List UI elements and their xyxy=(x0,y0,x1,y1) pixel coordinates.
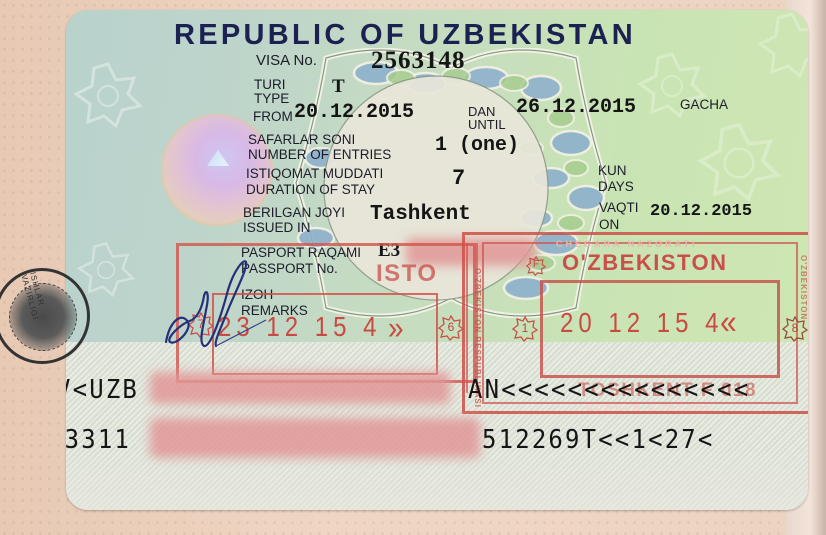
duration-of-stay: 7 xyxy=(452,166,465,191)
valid-until-date: 26.12.2015 xyxy=(516,96,636,119)
visa-type: T xyxy=(332,76,345,98)
gacha-label: GACHA xyxy=(680,98,728,112)
entries-label-en: NUMBER OF ENTRIES xyxy=(248,148,391,162)
exit-arrow-icon: » xyxy=(388,310,400,347)
entry-stamp-left-number: 1 xyxy=(512,321,538,335)
redacted-mrz-line-2 xyxy=(150,418,480,458)
exit-stamp-right-badge: 6 xyxy=(438,315,464,341)
emboss-star-icon xyxy=(76,240,136,300)
mrz-line-1-start: V<UZB xyxy=(66,375,139,405)
issued-in-place: Tashkent xyxy=(370,203,471,226)
emboss-star-icon xyxy=(696,120,782,206)
visa-number: 2563148 xyxy=(371,47,466,75)
entry-stamp-right-number: 8 xyxy=(782,321,808,335)
issued-on-label-en: ON xyxy=(599,218,619,232)
signature-icon xyxy=(158,250,268,360)
entry-arrow-icon: « xyxy=(720,303,742,342)
exit-stamp-title: ISTO xyxy=(376,260,438,288)
emboss-star-icon xyxy=(756,10,808,82)
valid-from-date: 20.12.2015 xyxy=(294,101,414,124)
issued-in-label-en: ISSUED IN xyxy=(243,221,311,235)
issued-on-label-uz: VAQTI xyxy=(599,201,639,215)
entry-stamp-title: O'ZBEKISTON xyxy=(562,250,728,276)
type-label-en: TYPE xyxy=(254,92,289,106)
emboss-star-icon xyxy=(72,60,144,132)
visa-sticker: REPUBLIC OF UZBEKISTAN VISA No. 2563148 … xyxy=(66,10,808,510)
entry-stamp-letter-badge: F xyxy=(526,256,546,276)
days-label-en: DAYS xyxy=(598,180,634,194)
duration-label-en: DURATION OF STAY xyxy=(246,183,375,197)
until-label-en: UNTIL xyxy=(468,118,506,132)
type-label-uz: TURI xyxy=(254,78,286,92)
mrz-line-1-end: AN<<<<<<<<<<<<<<< xyxy=(468,375,750,405)
sticker-bottom-fade xyxy=(66,450,808,510)
visa-no-label: VISA No. xyxy=(256,54,317,68)
issued-on-date: 20.12.2015 xyxy=(650,202,752,221)
hologram-sparkle-icon xyxy=(207,150,229,166)
exit-stamp-right-number: 6 xyxy=(438,320,464,334)
entry-stamp-left-badge: 1 xyxy=(512,316,538,342)
entry-stamp-side-text-right: O'ZBEKISTON xyxy=(799,255,808,320)
entries-label-uz: SAFARLAR SONI xyxy=(248,133,355,147)
mrz-line-2-start: E3311 xyxy=(66,425,131,455)
days-label-uz: KUN xyxy=(598,164,627,178)
number-of-entries: 1 (one) xyxy=(435,134,519,157)
entry-stamp-date: 20 12 15 4 xyxy=(560,308,723,340)
mrz-line-2-end: 512269T<<1<27< xyxy=(482,425,715,455)
entry-stamp-top-text: CHEGARA NAZORATI xyxy=(556,239,698,249)
issued-in-label-uz: BERILGAN JOYI xyxy=(243,206,345,220)
redacted-mrz-line-1 xyxy=(150,372,450,404)
entry-stamp-letter: F xyxy=(526,259,546,270)
from-label: FROM xyxy=(253,110,293,124)
duration-label-uz: ISTIQOMAT MUDDATI xyxy=(246,167,383,181)
